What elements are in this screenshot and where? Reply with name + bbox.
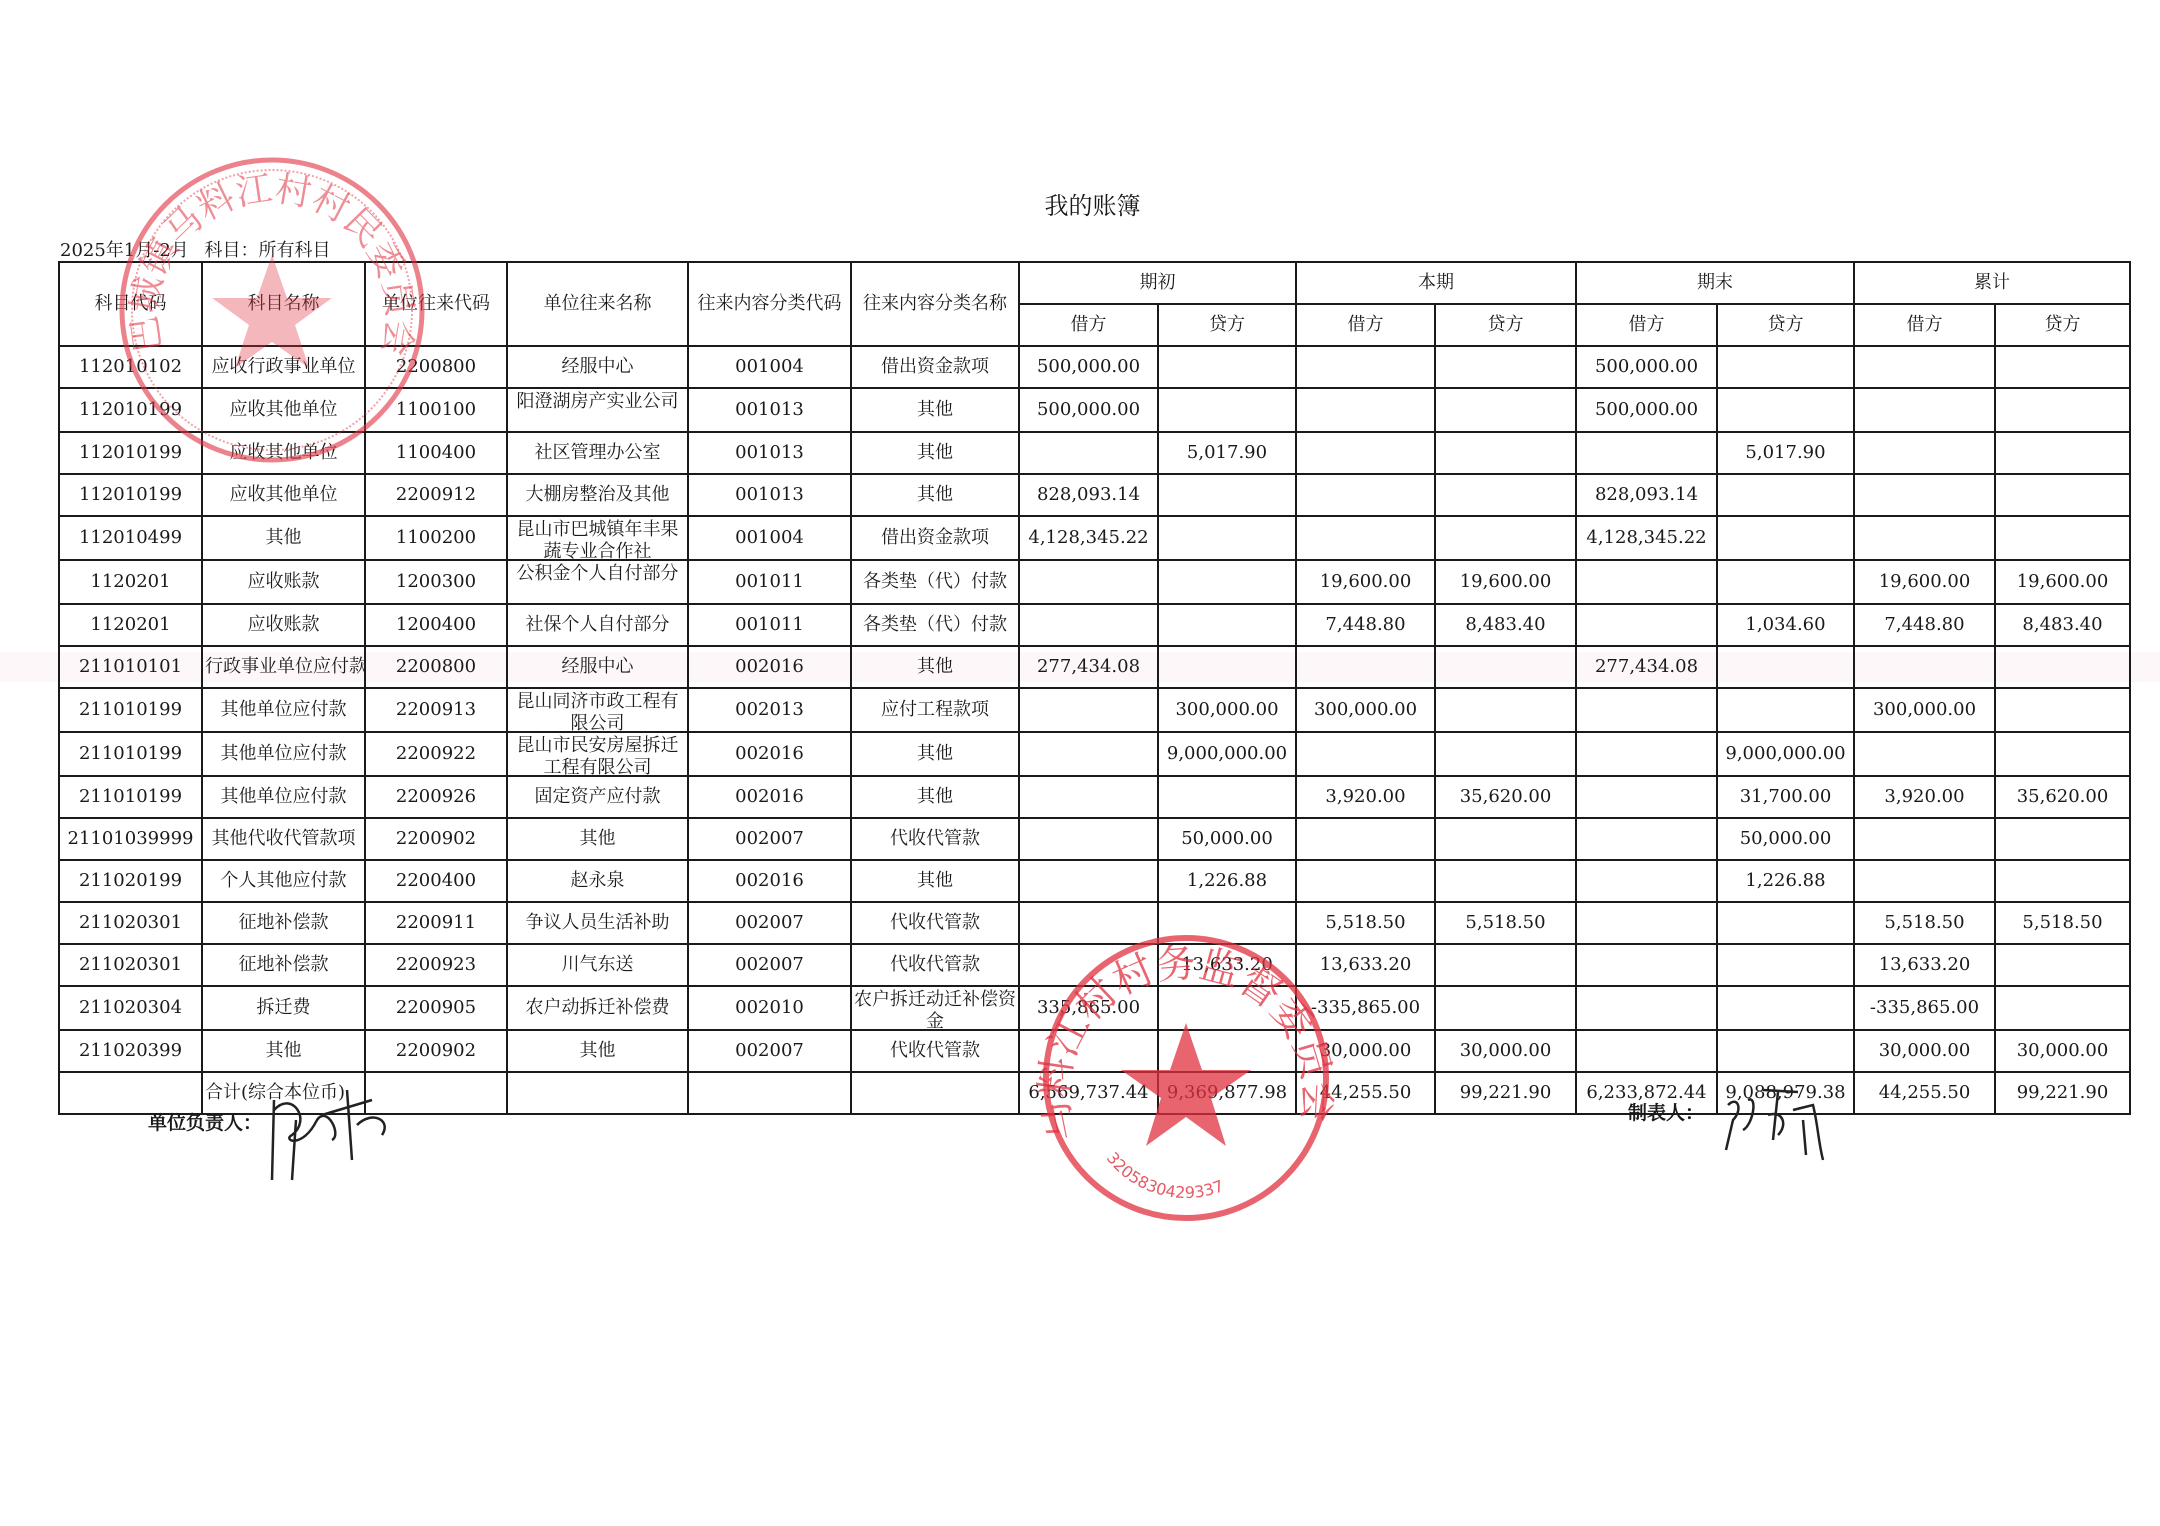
period-label: 2025年1月-2月 — [60, 240, 189, 261]
cell-category-code: 001013 — [688, 474, 851, 516]
cell-counterparty-name: 社区管理办公室 — [507, 432, 688, 474]
cell-counterparty-code: 2200905 — [365, 986, 507, 1030]
cell-opening-credit — [1158, 604, 1296, 646]
cell-opening-debit: 335,865.00 — [1019, 986, 1158, 1030]
cell-account-name: 应收账款 — [202, 604, 365, 646]
cell-opening-credit: 50,000.00 — [1158, 818, 1296, 860]
cell-account-name: 征地补偿款 — [202, 902, 365, 944]
cell-category-name: 其他 — [851, 474, 1019, 516]
cell-opening-debit — [1019, 732, 1158, 776]
header-account-name: 科目名称 — [202, 262, 365, 346]
cell-category-name: 借出资金款项 — [851, 516, 1019, 560]
cell-current-credit — [1435, 516, 1576, 560]
cell-closing-credit: 50,000.00 — [1717, 818, 1854, 860]
cell-opening-debit — [1019, 688, 1158, 732]
cell-closing-debit — [1576, 560, 1717, 604]
cell-account-code: 211020304 — [59, 986, 202, 1030]
cell-opening-debit — [1019, 604, 1158, 646]
cell-closing-credit: 1,034.60 — [1717, 604, 1854, 646]
cell-closing-credit — [1717, 688, 1854, 732]
cell-category-code: 001013 — [688, 432, 851, 474]
cell-counterparty-code: 2200800 — [365, 346, 507, 388]
cell-current-credit — [1435, 346, 1576, 388]
table-row: 211010101行政事业单位应付款2200800经服中心002016其他277… — [59, 646, 2130, 688]
cell-closing-credit — [1717, 944, 1854, 986]
cell-category-name: 各类垫（代）付款 — [851, 560, 1019, 604]
ledger-table: 科目代码 科目名称 单位往来代码 单位往来名称 往来内容分类代码 往来内容分类名… — [58, 261, 2131, 1115]
cell-cumulative-debit: 5,518.50 — [1854, 902, 1995, 944]
table-row: 112010199应收其他单位2200912大棚房整治及其他001013其他82… — [59, 474, 2130, 516]
cell-opening-credit: 5,017.90 — [1158, 432, 1296, 474]
cell-closing-credit — [1717, 1030, 1854, 1072]
cell-counterparty-code: 2200923 — [365, 944, 507, 986]
cell-counterparty-code: 2200400 — [365, 860, 507, 902]
cell-account-code: 1120201 — [59, 604, 202, 646]
cell-closing-debit — [1576, 688, 1717, 732]
cell-closing-credit — [1717, 560, 1854, 604]
total-blank — [851, 1072, 1019, 1114]
cell-cumulative-credit — [1995, 688, 2130, 732]
cell-text: 农户拆迁动迁补偿资金 — [854, 987, 1016, 1029]
cell-account-name: 拆迁费 — [202, 986, 365, 1030]
cell-account-name: 应收其他单位 — [202, 388, 365, 432]
cell-account-name: 应收账款 — [202, 560, 365, 604]
cell-cumulative-credit — [1995, 516, 2130, 560]
cell-counterparty-name: 争议人员生活补助 — [507, 902, 688, 944]
cell-closing-debit: 4,128,345.22 — [1576, 516, 1717, 560]
cell-account-code: 1120201 — [59, 560, 202, 604]
document-title: 我的账簿 — [0, 186, 2160, 221]
cell-opening-credit: 300,000.00 — [1158, 688, 1296, 732]
cell-account-name: 行政事业单位应付款 — [202, 646, 365, 688]
cell-cumulative-debit — [1854, 432, 1995, 474]
cell-current-debit — [1296, 346, 1435, 388]
cell-counterparty-code: 1200300 — [365, 560, 507, 604]
svg-text:3205830429337: 3205830429337 — [1103, 1148, 1226, 1202]
cell-closing-debit — [1576, 732, 1717, 776]
cell-category-code: 001004 — [688, 346, 851, 388]
header-credit: 贷方 — [1435, 304, 1576, 346]
cell-closing-debit — [1576, 860, 1717, 902]
cell-current-credit — [1435, 860, 1576, 902]
cell-opening-credit — [1158, 516, 1296, 560]
cell-cumulative-credit: 19,600.00 — [1995, 560, 2130, 604]
cell-cumulative-debit — [1854, 646, 1995, 688]
cell-closing-credit — [1717, 902, 1854, 944]
cell-current-credit — [1435, 732, 1576, 776]
cell-account-code: 21101039999 — [59, 818, 202, 860]
cell-opening-debit: 828,093.14 — [1019, 474, 1158, 516]
table-row: 211020301征地补偿款2200911争议人员生活补助002007代收代管款… — [59, 902, 2130, 944]
cell-account-name: 应收其他单位 — [202, 432, 365, 474]
cell-closing-debit: 828,093.14 — [1576, 474, 1717, 516]
cell-opening-credit — [1158, 1030, 1296, 1072]
cell-closing-debit: 500,000.00 — [1576, 346, 1717, 388]
cell-opening-debit — [1019, 860, 1158, 902]
cell-counterparty-name: 固定资产应付款 — [507, 776, 688, 818]
table-row: 211020304拆迁费2200905农户动拆迁补偿费002010农户拆迁动迁补… — [59, 986, 2130, 1030]
cell-cumulative-credit: 5,518.50 — [1995, 902, 2130, 944]
cell-counterparty-code: 1100100 — [365, 388, 507, 432]
table-row: 211020301征地补偿款2200923川气东送002007代收代管款13,6… — [59, 944, 2130, 986]
cell-account-name: 应收其他单位 — [202, 474, 365, 516]
cell-closing-debit — [1576, 986, 1717, 1030]
cell-category-name: 各类垫（代）付款 — [851, 604, 1019, 646]
cell-current-credit: 30,000.00 — [1435, 1030, 1576, 1072]
cell-cumulative-credit — [1995, 646, 2130, 688]
cell-account-code: 211010101 — [59, 646, 202, 688]
header-group-closing: 期末 — [1576, 262, 1854, 304]
cell-counterparty-name: 昆山市民安房屋拆迁工程有限公司 — [507, 732, 688, 776]
cell-cumulative-debit — [1854, 860, 1995, 902]
cell-current-debit: 13,633.20 — [1296, 944, 1435, 986]
cell-category-code: 002016 — [688, 860, 851, 902]
cell-current-debit: 300,000.00 — [1296, 688, 1435, 732]
cell-category-code: 002007 — [688, 944, 851, 986]
cell-closing-debit — [1576, 1030, 1717, 1072]
cell-counterparty-code: 2200911 — [365, 902, 507, 944]
cell-closing-credit — [1717, 646, 1854, 688]
header-counterparty-code: 单位往来代码 — [365, 262, 507, 346]
total-cumulative-debit: 44,255.50 — [1854, 1072, 1995, 1114]
cell-closing-debit: 500,000.00 — [1576, 388, 1717, 432]
cell-category-name: 农户拆迁动迁补偿资金 — [851, 986, 1019, 1030]
header-debit: 借方 — [1576, 304, 1717, 346]
cell-current-credit — [1435, 646, 1576, 688]
cell-account-code: 112010102 — [59, 346, 202, 388]
cell-counterparty-name: 昆山市巴城镇年丰果蔬专业合作社 — [507, 516, 688, 560]
header-debit: 借方 — [1854, 304, 1995, 346]
cell-current-credit — [1435, 432, 1576, 474]
cell-account-name: 其他代收代管款项 — [202, 818, 365, 860]
cell-category-code: 001013 — [688, 388, 851, 432]
cell-cumulative-credit — [1995, 860, 2130, 902]
table-row: 112010199应收其他单位1100400社区管理办公室001013其他5,0… — [59, 432, 2130, 474]
cell-current-debit — [1296, 732, 1435, 776]
table-row: 112010499其他1100200昆山市巴城镇年丰果蔬专业合作社001004借… — [59, 516, 2130, 560]
preparer-label: 制表人： — [1628, 1098, 1704, 1125]
cell-counterparty-code: 2200902 — [365, 818, 507, 860]
cell-cumulative-credit — [1995, 986, 2130, 1030]
cell-category-name: 其他 — [851, 388, 1019, 432]
cell-current-credit: 35,620.00 — [1435, 776, 1576, 818]
cell-category-name: 代收代管款 — [851, 902, 1019, 944]
cell-category-name: 其他 — [851, 432, 1019, 474]
cell-account-code: 112010199 — [59, 432, 202, 474]
cell-counterparty-name: 赵永泉 — [507, 860, 688, 902]
report-filter: 2025年1月-2月 科目：所有科目 — [60, 236, 331, 262]
cell-category-code: 002016 — [688, 646, 851, 688]
cell-closing-debit: 277,434.08 — [1576, 646, 1717, 688]
cell-counterparty-code: 2200800 — [365, 646, 507, 688]
total-cumulative-credit: 99,221.90 — [1995, 1072, 2130, 1114]
cell-current-debit — [1296, 860, 1435, 902]
cell-current-credit — [1435, 474, 1576, 516]
cell-opening-debit — [1019, 944, 1158, 986]
cell-account-code: 211010199 — [59, 776, 202, 818]
cell-opening-credit — [1158, 986, 1296, 1030]
header-credit: 贷方 — [1158, 304, 1296, 346]
table-row: 211020199个人其他应付款2200400赵永泉002016其他1,226.… — [59, 860, 2130, 902]
cell-cumulative-debit: -335,865.00 — [1854, 986, 1995, 1030]
cell-opening-credit — [1158, 646, 1296, 688]
cell-current-debit: 3,920.00 — [1296, 776, 1435, 818]
ledger-body: 112010102应收行政事业单位2200800经服中心001004借出资金款项… — [59, 346, 2130, 1072]
cell-cumulative-credit — [1995, 388, 2130, 432]
cell-cumulative-credit — [1995, 474, 2130, 516]
table-row: 112010102应收行政事业单位2200800经服中心001004借出资金款项… — [59, 346, 2130, 388]
cell-counterparty-code: 1100200 — [365, 516, 507, 560]
cell-counterparty-code: 2200912 — [365, 474, 507, 516]
table-row: 21101039999其他代收代管款项2200902其他002007代收代管款5… — [59, 818, 2130, 860]
header-group-cumulative: 累计 — [1854, 262, 2130, 304]
cell-current-debit: 7,448.80 — [1296, 604, 1435, 646]
cell-current-credit — [1435, 688, 1576, 732]
cell-current-credit: 19,600.00 — [1435, 560, 1576, 604]
total-current-credit: 99,221.90 — [1435, 1072, 1576, 1114]
table-row: 211010199其他单位应付款2200926固定资产应付款002016其他3,… — [59, 776, 2130, 818]
cell-cumulative-credit — [1995, 346, 2130, 388]
cell-current-debit: -335,865.00 — [1296, 986, 1435, 1030]
cell-category-code: 001011 — [688, 560, 851, 604]
cell-counterparty-code: 2200902 — [365, 1030, 507, 1072]
cell-cumulative-debit: 13,633.20 — [1854, 944, 1995, 986]
subject-label: 科目：所有科目 — [205, 240, 331, 261]
cell-current-debit — [1296, 474, 1435, 516]
header-credit: 贷方 — [1717, 304, 1854, 346]
cell-text: 公积金个人自付部分 — [510, 561, 685, 603]
cell-closing-credit — [1717, 986, 1854, 1030]
total-blank — [688, 1072, 851, 1114]
cell-category-code: 002007 — [688, 818, 851, 860]
table-row: 1120201应收账款1200400社保个人自付部分001011各类垫（代）付款… — [59, 604, 2130, 646]
cell-opening-credit — [1158, 560, 1296, 604]
cell-cumulative-debit — [1854, 516, 1995, 560]
cell-category-name: 其他 — [851, 646, 1019, 688]
header-category-name: 往来内容分类名称 — [851, 262, 1019, 346]
cell-cumulative-credit: 8,483.40 — [1995, 604, 2130, 646]
cell-counterparty-code: 1200400 — [365, 604, 507, 646]
cell-closing-credit — [1717, 388, 1854, 432]
cell-account-name: 个人其他应付款 — [202, 860, 365, 902]
cell-cumulative-debit: 300,000.00 — [1854, 688, 1995, 732]
cell-opening-credit — [1158, 388, 1296, 432]
cell-account-name: 其他单位应付款 — [202, 688, 365, 732]
cell-current-credit: 8,483.40 — [1435, 604, 1576, 646]
cell-account-code: 112010199 — [59, 474, 202, 516]
table-row: 112010199应收其他单位1100100阳澄湖房产实业公司001013其他5… — [59, 388, 2130, 432]
cell-category-code: 002007 — [688, 1030, 851, 1072]
table-row: 1120201应收账款1200300公积金个人自付部分001011各类垫（代）付… — [59, 560, 2130, 604]
cell-opening-debit — [1019, 776, 1158, 818]
cell-counterparty-name: 阳澄湖房产实业公司 — [507, 388, 688, 432]
cell-counterparty-name: 川气东送 — [507, 944, 688, 986]
cell-account-code: 112010199 — [59, 388, 202, 432]
cell-opening-debit: 500,000.00 — [1019, 388, 1158, 432]
cell-counterparty-name: 经服中心 — [507, 346, 688, 388]
cell-cumulative-debit: 3,920.00 — [1854, 776, 1995, 818]
cell-account-name: 其他单位应付款 — [202, 732, 365, 776]
cell-counterparty-name: 其他 — [507, 1030, 688, 1072]
cell-account-code: 211010199 — [59, 732, 202, 776]
total-opening-debit: 6,569,737.44 — [1019, 1072, 1158, 1114]
table-row: 211010199其他单位应付款2200913昆山同济市政工程有限公司00201… — [59, 688, 2130, 732]
cell-account-code: 211020199 — [59, 860, 202, 902]
cell-category-code: 002016 — [688, 776, 851, 818]
cell-cumulative-credit — [1995, 818, 2130, 860]
cell-account-code: 211010199 — [59, 688, 202, 732]
cell-current-credit: 5,518.50 — [1435, 902, 1576, 944]
cell-counterparty-name: 公积金个人自付部分 — [507, 560, 688, 604]
cell-cumulative-debit — [1854, 388, 1995, 432]
cell-account-name: 其他单位应付款 — [202, 776, 365, 818]
cell-category-name: 其他 — [851, 732, 1019, 776]
cell-account-name: 应收行政事业单位 — [202, 346, 365, 388]
cell-category-code: 002010 — [688, 986, 851, 1030]
cell-opening-debit — [1019, 432, 1158, 474]
cell-category-name: 其他 — [851, 860, 1019, 902]
cell-category-name: 代收代管款 — [851, 944, 1019, 986]
cell-current-debit: 5,518.50 — [1296, 902, 1435, 944]
header-credit: 贷方 — [1995, 304, 2130, 346]
header-counterparty-name: 单位往来名称 — [507, 262, 688, 346]
cell-counterparty-code: 2200926 — [365, 776, 507, 818]
cell-current-credit — [1435, 818, 1576, 860]
cell-cumulative-debit — [1854, 474, 1995, 516]
cell-category-code: 002013 — [688, 688, 851, 732]
header-debit: 借方 — [1296, 304, 1435, 346]
cell-current-debit: 30,000.00 — [1296, 1030, 1435, 1072]
cell-closing-credit: 5,017.90 — [1717, 432, 1854, 474]
cell-cumulative-debit — [1854, 818, 1995, 860]
cell-account-name: 征地补偿款 — [202, 944, 365, 986]
cell-cumulative-credit — [1995, 732, 2130, 776]
cell-text: 昆山同济市政工程有限公司 — [510, 689, 685, 731]
cell-cumulative-debit — [1854, 732, 1995, 776]
cell-opening-debit: 277,434.08 — [1019, 646, 1158, 688]
cell-account-code: 211020399 — [59, 1030, 202, 1072]
cell-closing-debit — [1576, 432, 1717, 474]
cell-account-name: 其他 — [202, 516, 365, 560]
cell-opening-debit: 500,000.00 — [1019, 346, 1158, 388]
cell-closing-debit — [1576, 604, 1717, 646]
unit-head-signature — [262, 1080, 422, 1190]
table-row: 211020399其他2200902其他002007代收代管款30,000.00… — [59, 1030, 2130, 1072]
cell-text: 昆山市民安房屋拆迁工程有限公司 — [510, 733, 685, 775]
header-category-code: 往来内容分类代码 — [688, 262, 851, 346]
cell-text: 阳澄湖房产实业公司 — [510, 389, 685, 431]
cell-category-name: 借出资金款项 — [851, 346, 1019, 388]
cell-closing-credit: 9,000,000.00 — [1717, 732, 1854, 776]
cell-cumulative-debit: 30,000.00 — [1854, 1030, 1995, 1072]
cell-current-credit — [1435, 986, 1576, 1030]
cell-category-code: 001004 — [688, 516, 851, 560]
cell-opening-debit: 4,128,345.22 — [1019, 516, 1158, 560]
cell-opening-credit: 9,000,000.00 — [1158, 732, 1296, 776]
cell-opening-debit — [1019, 818, 1158, 860]
cell-current-debit: 19,600.00 — [1296, 560, 1435, 604]
cell-opening-debit — [1019, 1030, 1158, 1072]
cell-counterparty-name: 经服中心 — [507, 646, 688, 688]
cell-current-debit — [1296, 818, 1435, 860]
cell-closing-debit — [1576, 818, 1717, 860]
cell-counterparty-name: 社保个人自付部分 — [507, 604, 688, 646]
cell-account-code: 211020301 — [59, 944, 202, 986]
cell-cumulative-debit: 7,448.80 — [1854, 604, 1995, 646]
preparer-signature — [1718, 1080, 1838, 1170]
cell-account-name: 其他 — [202, 1030, 365, 1072]
cell-cumulative-debit — [1854, 346, 1995, 388]
cell-counterparty-code: 2200922 — [365, 732, 507, 776]
cell-text: 昆山市巴城镇年丰果蔬专业合作社 — [510, 517, 685, 559]
cell-cumulative-credit — [1995, 944, 2130, 986]
cell-closing-credit: 31,700.00 — [1717, 776, 1854, 818]
cell-counterparty-name: 其他 — [507, 818, 688, 860]
total-opening-credit: 9,369,877.98 — [1158, 1072, 1296, 1114]
cell-opening-credit: 13,633.20 — [1158, 944, 1296, 986]
cell-closing-debit — [1576, 902, 1717, 944]
cell-opening-credit — [1158, 474, 1296, 516]
cell-opening-credit — [1158, 776, 1296, 818]
cell-cumulative-credit: 30,000.00 — [1995, 1030, 2130, 1072]
cell-current-debit — [1296, 432, 1435, 474]
cell-current-debit — [1296, 516, 1435, 560]
cell-account-code: 112010499 — [59, 516, 202, 560]
cell-closing-debit — [1576, 776, 1717, 818]
cell-counterparty-name: 大棚房整治及其他 — [507, 474, 688, 516]
cell-category-name: 应付工程款项 — [851, 688, 1019, 732]
cell-opening-debit — [1019, 902, 1158, 944]
header-debit: 借方 — [1019, 304, 1158, 346]
header-account-code: 科目代码 — [59, 262, 202, 346]
cell-category-name: 代收代管款 — [851, 818, 1019, 860]
cell-opening-debit — [1019, 560, 1158, 604]
total-blank — [507, 1072, 688, 1114]
total-current-debit: 44,255.50 — [1296, 1072, 1435, 1114]
cell-current-debit — [1296, 388, 1435, 432]
cell-opening-credit: 1,226.88 — [1158, 860, 1296, 902]
cell-closing-debit — [1576, 944, 1717, 986]
cell-counterparty-code: 2200913 — [365, 688, 507, 732]
unit-head-label: 单位负责人： — [148, 1108, 262, 1135]
cell-opening-credit — [1158, 902, 1296, 944]
cell-closing-credit: 1,226.88 — [1717, 860, 1854, 902]
cell-category-code: 002007 — [688, 902, 851, 944]
cell-category-name: 代收代管款 — [851, 1030, 1019, 1072]
cell-cumulative-debit: 19,600.00 — [1854, 560, 1995, 604]
cell-cumulative-credit: 35,620.00 — [1995, 776, 2130, 818]
cell-counterparty-name: 农户动拆迁补偿费 — [507, 986, 688, 1030]
table-row: 211010199其他单位应付款2200922昆山市民安房屋拆迁工程有限公司00… — [59, 732, 2130, 776]
cell-opening-credit — [1158, 346, 1296, 388]
cell-category-code: 001011 — [688, 604, 851, 646]
cell-counterparty-name: 昆山同济市政工程有限公司 — [507, 688, 688, 732]
cell-account-code: 211020301 — [59, 902, 202, 944]
cell-current-credit — [1435, 944, 1576, 986]
cell-counterparty-code: 1100400 — [365, 432, 507, 474]
cell-category-code: 002016 — [688, 732, 851, 776]
cell-current-credit — [1435, 388, 1576, 432]
cell-current-debit — [1296, 646, 1435, 688]
cell-cumulative-credit — [1995, 432, 2130, 474]
header-group-current: 本期 — [1296, 262, 1576, 304]
cell-closing-credit — [1717, 346, 1854, 388]
cell-closing-credit — [1717, 474, 1854, 516]
header-group-opening: 期初 — [1019, 262, 1296, 304]
cell-category-name: 其他 — [851, 776, 1019, 818]
cell-closing-credit — [1717, 516, 1854, 560]
